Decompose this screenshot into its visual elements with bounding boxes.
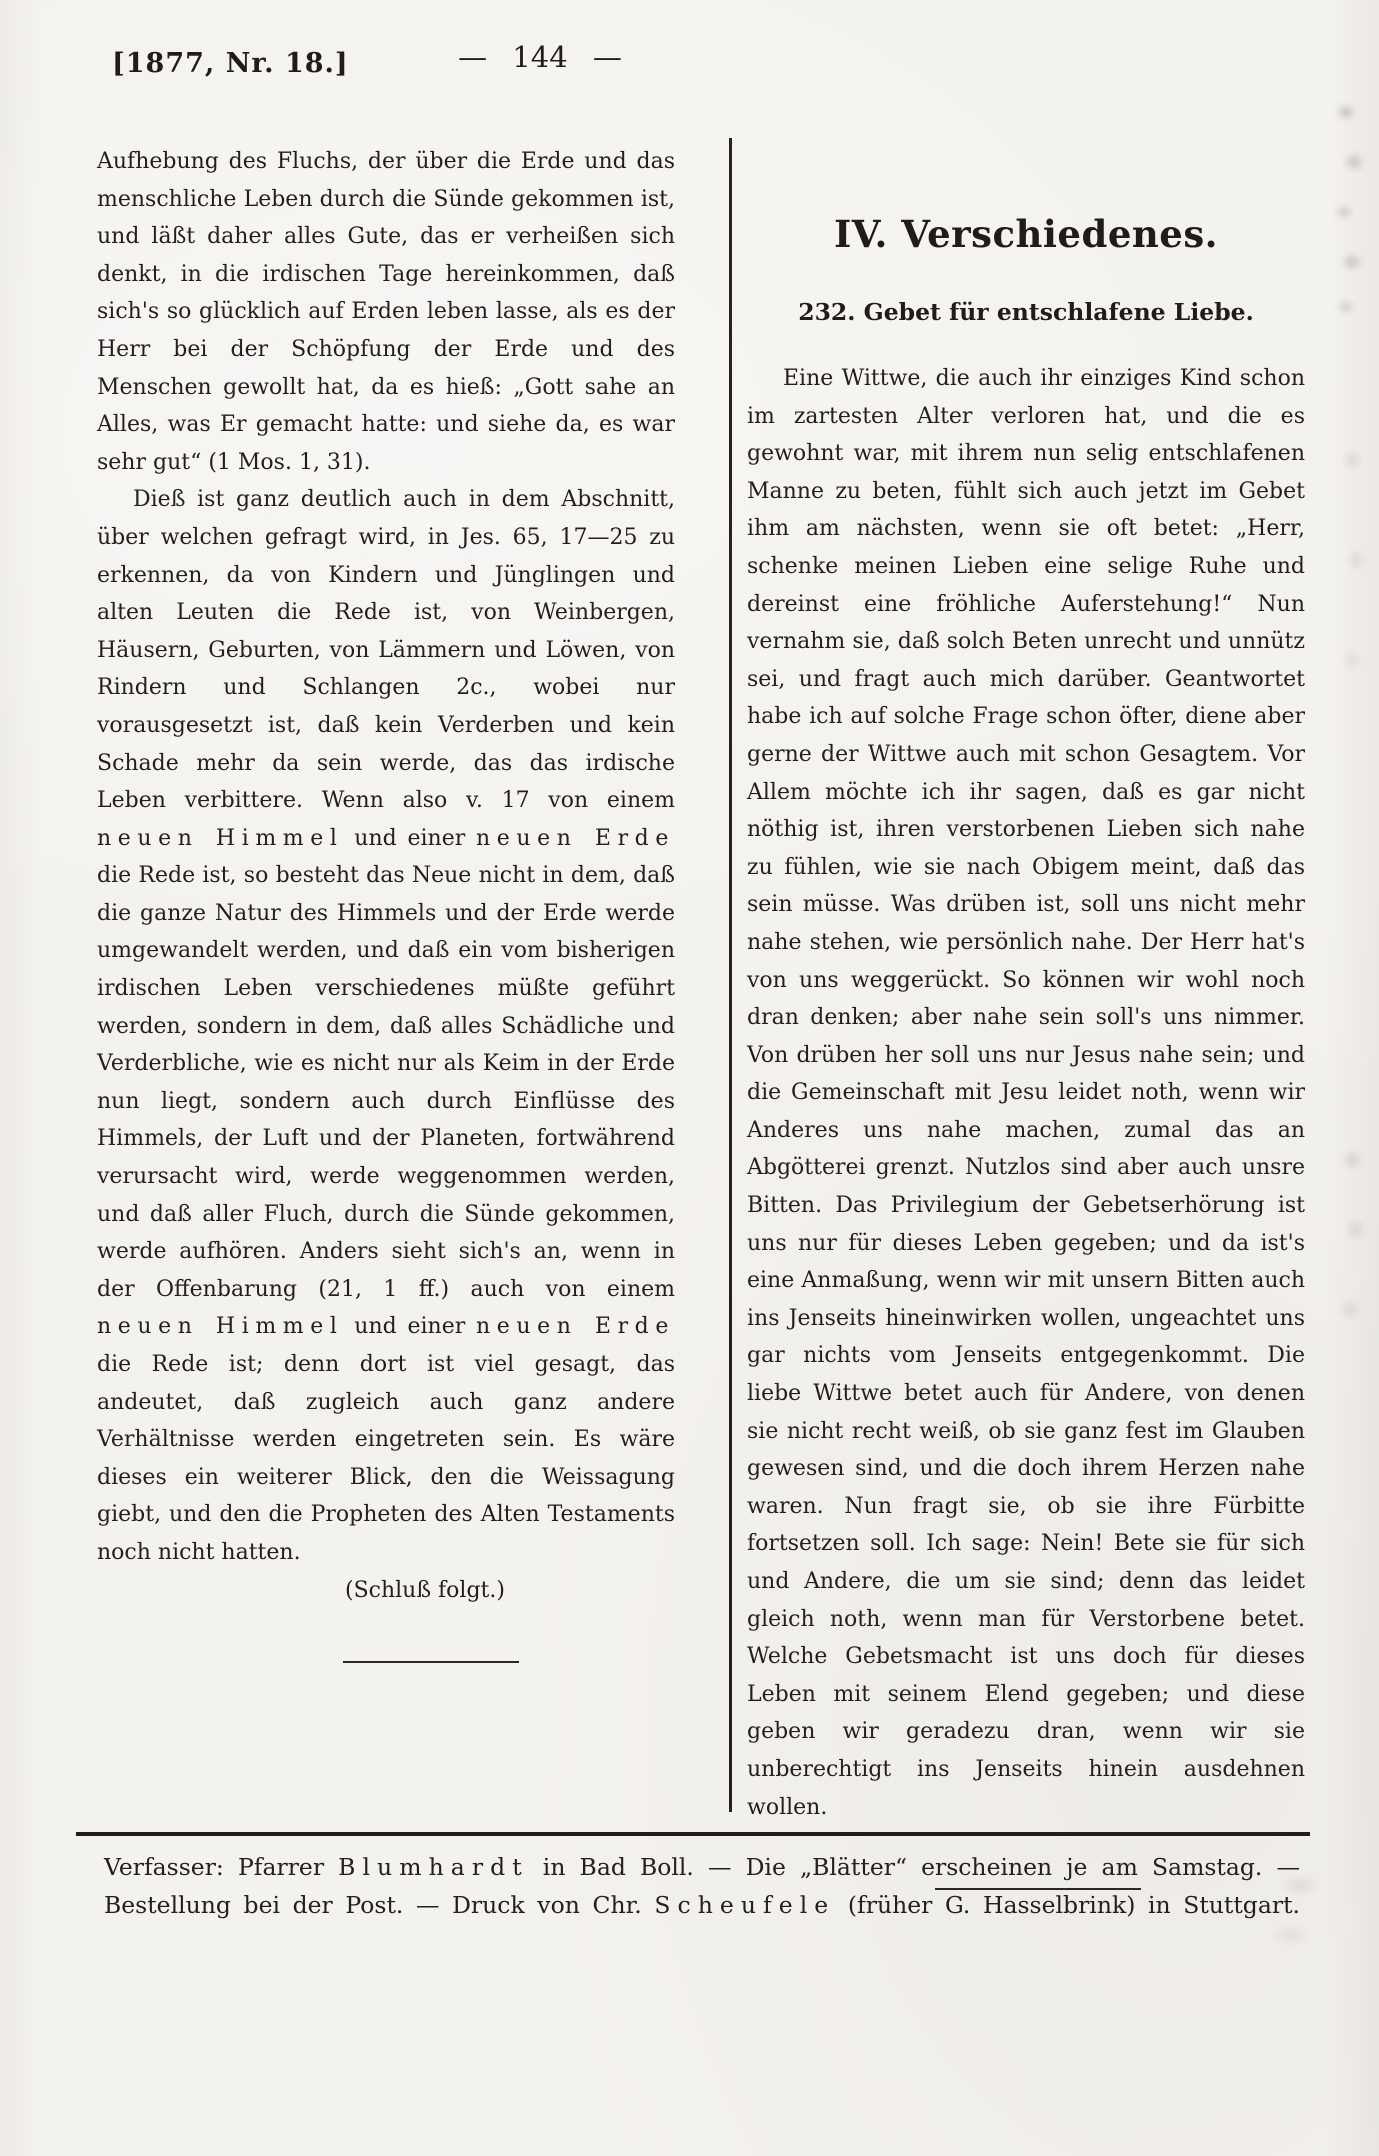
text-segment: Verfasser: Pfarrer [104, 1853, 338, 1881]
scan-artifact [1324, 1130, 1372, 1360]
footer-rule [76, 1832, 1310, 1836]
emphasized-text: neuen Himmel [97, 1314, 344, 1339]
left-column: Aufhebung des Fluchs, der über die Erde … [97, 143, 675, 1663]
emphasized-text: neuen Himmel [97, 826, 344, 851]
text-segment: in Bad Boll. — Die „Blätter“ erscheinen … [529, 1853, 1300, 1881]
body-paragraph: Dieß ist ganz deutlich auch in dem Absch… [97, 481, 675, 1571]
closing-note: (Schluß folgt.) [97, 1572, 675, 1610]
emphasized-text: neuen Erde [476, 1314, 675, 1339]
article-heading: 232. Gebet für entschlafene Liebe. [747, 298, 1305, 326]
issue-label: [1877, Nr. 18.] [112, 48, 349, 79]
text-segment: die Rede ist; denn dort ist viel gesagt,… [97, 1352, 675, 1565]
body-paragraph: Aufhebung des Fluchs, der über die Erde … [97, 143, 675, 481]
text-segment: und einer [344, 826, 476, 851]
text-segment: Dieß ist ganz deutlich auch in dem Absch… [97, 487, 675, 813]
page-number: — 144 — [420, 40, 660, 74]
emphasized-text: Scheufele [654, 1891, 835, 1919]
footer-line-2: Bestellung bei der Post. — Druck von Chr… [104, 1886, 1300, 1924]
column-divider [729, 138, 732, 1812]
emphasized-text: Blumhardt [338, 1853, 529, 1881]
right-column: IV. Verschiedenes. 232. Gebet für entsch… [747, 150, 1305, 1890]
page-footer: Verfasser: Pfarrer Blumhardt in Bad Boll… [104, 1848, 1300, 1924]
text-segment: Bestellung bei der Post. — Druck von Chr… [104, 1891, 654, 1919]
footer-line-1: Verfasser: Pfarrer Blumhardt in Bad Boll… [104, 1848, 1300, 1886]
end-rule-left [343, 1661, 519, 1663]
body-paragraph: Eine Wittwe, die auch ihr einziges Kind … [747, 360, 1305, 1826]
scan-artifact [1326, 420, 1372, 720]
section-heading: IV. Verschiedenes. [747, 212, 1305, 256]
scan-artifact [1316, 92, 1368, 332]
text-segment: (früher G. Hasselbrink) in Stuttgart. [835, 1891, 1300, 1919]
text-segment: die Rede ist, so besteht das Neue nicht … [97, 863, 675, 1302]
text-segment: und einer [344, 1314, 476, 1339]
emphasized-text: neuen Erde [476, 826, 675, 851]
